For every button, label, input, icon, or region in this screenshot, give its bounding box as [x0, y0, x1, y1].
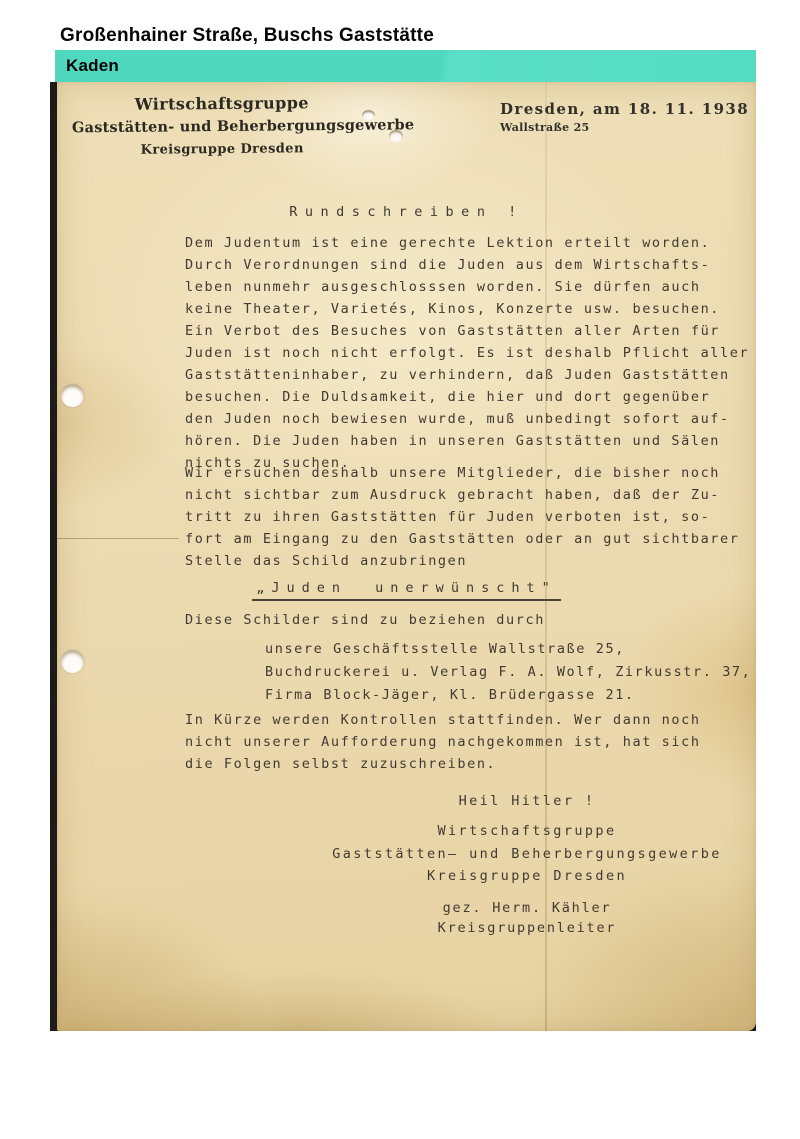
letterhead-org-name: Wirtschaftsgruppe [72, 91, 372, 117]
letter-paper: Wirtschaftsgruppe Gaststätten- und Beher… [57, 82, 756, 1031]
punch-hole-bottom [61, 650, 84, 673]
letter-subject: Rundschreiben ! [57, 204, 756, 220]
letter-paragraph-4: In Kürze werden Kontrollen stattfinden. … [185, 709, 701, 775]
staple-hole-2 [389, 130, 403, 142]
closing-signature: gez. Herm. Kähler Kreisgruppenleiter [297, 898, 757, 938]
letterhead-org-district: Kreisgruppe Dresden [72, 137, 372, 163]
letter-paragraph-1: Dem Judentum ist eine gerechte Lektion e… [185, 232, 749, 474]
closing-salute: Heil Hitler ! [297, 793, 757, 809]
sources-intro: Diese Schilder sind zu beziehen durch [185, 609, 545, 631]
staple-hole-1 [362, 110, 375, 120]
archive-caption-title: Großenhainer Straße, Buschs Gaststätte [60, 25, 434, 47]
dateline: Dresden, am 18. 11. 1938 Wallstraße 25 [500, 100, 749, 134]
paper-fold-vertical [545, 82, 547, 1031]
scanned-letter: Wirtschaftsgruppe Gaststätten- und Beher… [50, 82, 756, 1031]
sources-list: unsere Geschäftsstelle Wallstraße 25, Bu… [265, 638, 751, 707]
letterhead: Wirtschaftsgruppe Gaststätten- und Beher… [72, 91, 373, 163]
letter-address: Wallstraße 25 [500, 121, 749, 134]
closing-organization: Wirtschaftsgruppe Gaststätten— und Beher… [297, 820, 757, 888]
letterhead-org-branch: Gaststätten- und Beherbergungsgewerbe [72, 114, 372, 140]
archive-caption-banner: Kaden [55, 50, 756, 82]
sign-notice-line: „Juden unerwünscht" [57, 579, 756, 601]
paper-crease-horizontal [57, 538, 179, 539]
sign-notice-text: „Juden unerwünscht" [252, 580, 560, 601]
letter-date: Dresden, am 18. 11. 1938 [500, 100, 749, 118]
archive-caption-subtitle: Kaden [55, 56, 119, 76]
punch-hole-top [61, 384, 84, 407]
letter-paragraph-2: Wir ersuchen deshalb unsere Mitglieder, … [185, 462, 739, 572]
closing-block: Heil Hitler ! Wirtschaftsgruppe Gaststät… [297, 793, 757, 938]
